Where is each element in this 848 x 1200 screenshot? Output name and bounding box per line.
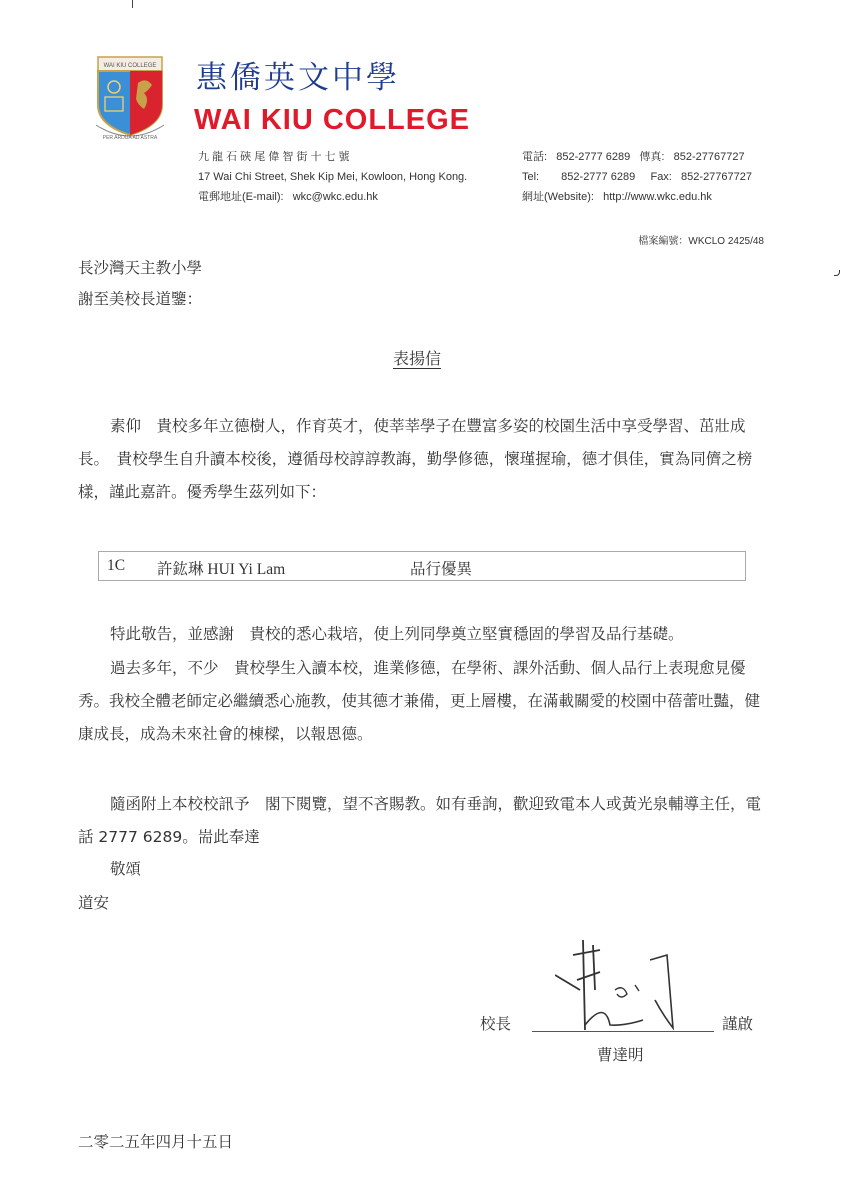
school-name-cn: 惠僑英文中學 [196, 52, 400, 97]
closing-line-1: 敬頌 [110, 857, 141, 879]
paragraph-2-text: 特此敬告，並感謝 貴校的悉心栽培，使上列同學奠立堅實穩固的學習及品行基礎。 [110, 625, 684, 643]
paragraph-1-text: 素仰 貴校多年立德樹人，作育英才，使莘莘學子在豐富多姿的校園生活中享受學習、茁壯… [78, 417, 752, 501]
address-en: 17 Wai Chi Street, Shek Kip Mei, Kowloon… [198, 167, 467, 187]
signer-title: 校長 [480, 1012, 511, 1034]
letter-date: 二零二五年四月十五日 [78, 1130, 233, 1152]
tel-label: Tel: [522, 167, 552, 187]
student-row: 1C 許鈜琳 HUI Yi Lam 品行優異 [98, 551, 746, 581]
svg-text:WAI KIU COLLEGE: WAI KIU COLLEGE [104, 63, 157, 69]
email-link[interactable]: wkc@wkc.edu.hk [293, 191, 378, 203]
signature-closing: 謹啟 [722, 1012, 753, 1034]
website-row: 網址(Website): http://www.wkc.edu.hk [522, 187, 752, 207]
tel: 852-2777 6289 [561, 171, 635, 183]
phone-cn: 852-2777 6289 [556, 151, 630, 163]
paragraph-4: 隨函附上本校校訊予 閣下閱覽，望不吝賜教。如有垂詢，歡迎致電本人或黃光泉輔導主任… [78, 788, 768, 854]
school-crest-icon: WAI KIU COLLEGE PER ARDUA AD ASTRA [94, 55, 166, 141]
website-link[interactable]: http://www.wkc.edu.hk [603, 191, 712, 203]
scan-mark [132, 0, 133, 8]
phone-cn-label: 電話: [522, 151, 547, 163]
paragraph-4-text: 隨函附上本校校訊予 閣下閱覽，望不吝賜教。如有垂詢，歡迎致電本人或黃光泉輔導主任… [78, 795, 761, 846]
paragraph-2: 特此敬告，並感謝 貴校的悉心栽培，使上列同學奠立堅實穩固的學習及品行基礎。 [78, 618, 768, 651]
fax: 852-27767727 [681, 171, 752, 183]
email-label: 電郵地址(E-mail): [198, 191, 284, 203]
email-row: 電郵地址(E-mail): wkc@wkc.edu.hk [198, 187, 467, 207]
signer-name: 曹達明 [597, 1043, 644, 1065]
contact-block: 電話: 852-2777 6289 傳真: 852-27767727 Tel: … [522, 147, 752, 207]
phone-cn-row: 電話: 852-2777 6289 傳真: 852-27767727 [522, 147, 752, 167]
student-award: 品行優異 [410, 557, 472, 579]
svg-text:PER ARDUA AD ASTRA: PER ARDUA AD ASTRA [103, 135, 158, 141]
letter-title: 表揚信 [389, 346, 445, 369]
signature-line [532, 1031, 714, 1032]
file-number: 檔案編號：WKCLO 2425/48 [638, 232, 764, 247]
school-name-en: WAI KIU COLLEGE [194, 104, 470, 137]
closing-line-2: 道安 [78, 891, 109, 913]
fax-label: Fax: [650, 171, 671, 183]
paragraph-1: 素仰 貴校多年立德樹人，作育英才，使莘莘學子在豐富多姿的校園生活中享受學習、茁壯… [78, 410, 768, 509]
address-cn: 九 龍 石 硤 尾 偉 智 街 十 七 號 [198, 147, 467, 167]
fax-cn: 852-27767727 [674, 151, 745, 163]
tel-row: Tel: 852-2777 6289 Fax: 852-27767727 [522, 167, 752, 187]
website-label: 網址(Website): [522, 191, 594, 203]
address-block: 九 龍 石 硤 尾 偉 智 街 十 七 號 17 Wai Chi Street,… [198, 147, 467, 207]
student-class: 1C [107, 557, 125, 575]
recipient-school: 長沙灣天主教小學 [78, 256, 202, 278]
fax-cn-label: 傳真: [639, 151, 664, 163]
paragraph-3: 過去多年，不少 貴校學生入讀本校，進業修德，在學術、課外活動、個人品行上表現愈見… [78, 652, 768, 751]
scan-mark [834, 270, 840, 276]
paragraph-3-text: 過去多年，不少 貴校學生入讀本校，進業修德，在學術、課外活動、個人品行上表現愈見… [78, 659, 760, 743]
student-name: 許鈜琳 HUI Yi Lam [157, 557, 285, 579]
recipient-salutation: 謝至美校長道鑒： [78, 287, 202, 309]
signature-icon [555, 930, 695, 1030]
